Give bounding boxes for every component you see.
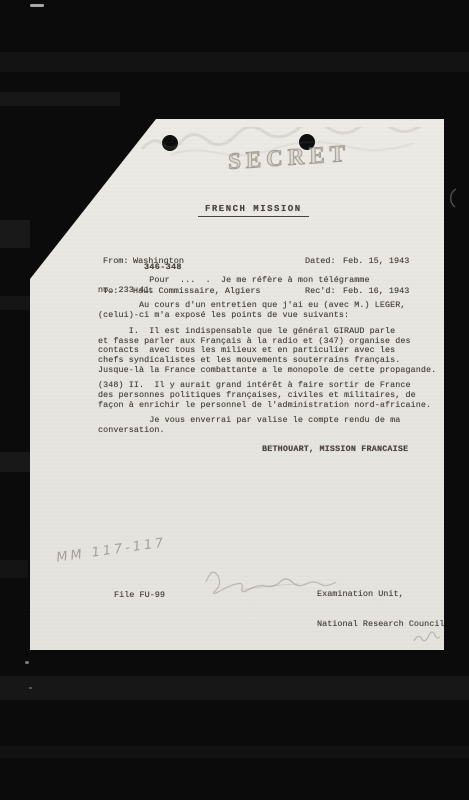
microfilm-frame: SECRET FRENCH MISSION From:Washington To… bbox=[0, 0, 469, 800]
paragraph: Je vous enverrai par valise le compte re… bbox=[98, 416, 448, 435]
signature-line: BETHOUART, MISSION FRANCAISE bbox=[98, 445, 448, 455]
dated-label: Dated: bbox=[305, 256, 343, 266]
dated-value: Feb. 15, 1943 bbox=[343, 256, 409, 266]
from-label: From: bbox=[103, 256, 133, 266]
film-scratch bbox=[0, 560, 28, 578]
film-scratch bbox=[0, 52, 469, 72]
paragraph: I. Il est indispensable que le général G… bbox=[98, 327, 448, 376]
exam-line: May 26, 1943 bbox=[317, 649, 445, 659]
pencil-annotation: MM 117-117 bbox=[55, 535, 167, 565]
film-speck bbox=[25, 661, 29, 664]
film-speck bbox=[29, 687, 32, 689]
film-scratch bbox=[0, 452, 30, 472]
dated-row: Dated:Feb. 15, 1943 bbox=[305, 256, 409, 266]
mission-heading: FRENCH MISSION bbox=[198, 204, 309, 217]
telegram-serial: 346-348 bbox=[144, 262, 182, 272]
film-scratch bbox=[0, 220, 30, 248]
examination-unit-block: Examination Unit, National Research Coun… bbox=[317, 569, 445, 679]
film-mark bbox=[447, 188, 459, 208]
secret-stamp: SECRET bbox=[228, 141, 350, 176]
paragraph: (348) II. Il y aurait grand intérêt à fa… bbox=[98, 381, 448, 410]
film-speck bbox=[30, 4, 44, 7]
film-scratch bbox=[0, 92, 120, 106]
film-scratch bbox=[0, 296, 30, 310]
punch-hole-icon bbox=[162, 135, 178, 151]
film-scratch bbox=[0, 746, 469, 758]
paragraph: Au cours d'un entretien que j'ai eu (ave… bbox=[98, 301, 448, 320]
document-page: SECRET FRENCH MISSION From:Washington To… bbox=[30, 119, 444, 650]
file-reference: File FU-99 bbox=[114, 590, 165, 600]
paragraph: Pour ... . Je me réfère à mon télégramme… bbox=[98, 276, 448, 295]
telegram-body: Pour ... . Je me réfère à mon télégramme… bbox=[98, 276, 448, 455]
exam-line: National Research Council bbox=[317, 619, 445, 629]
film-scratch bbox=[0, 676, 469, 700]
exam-line: Examination Unit, bbox=[317, 589, 445, 599]
